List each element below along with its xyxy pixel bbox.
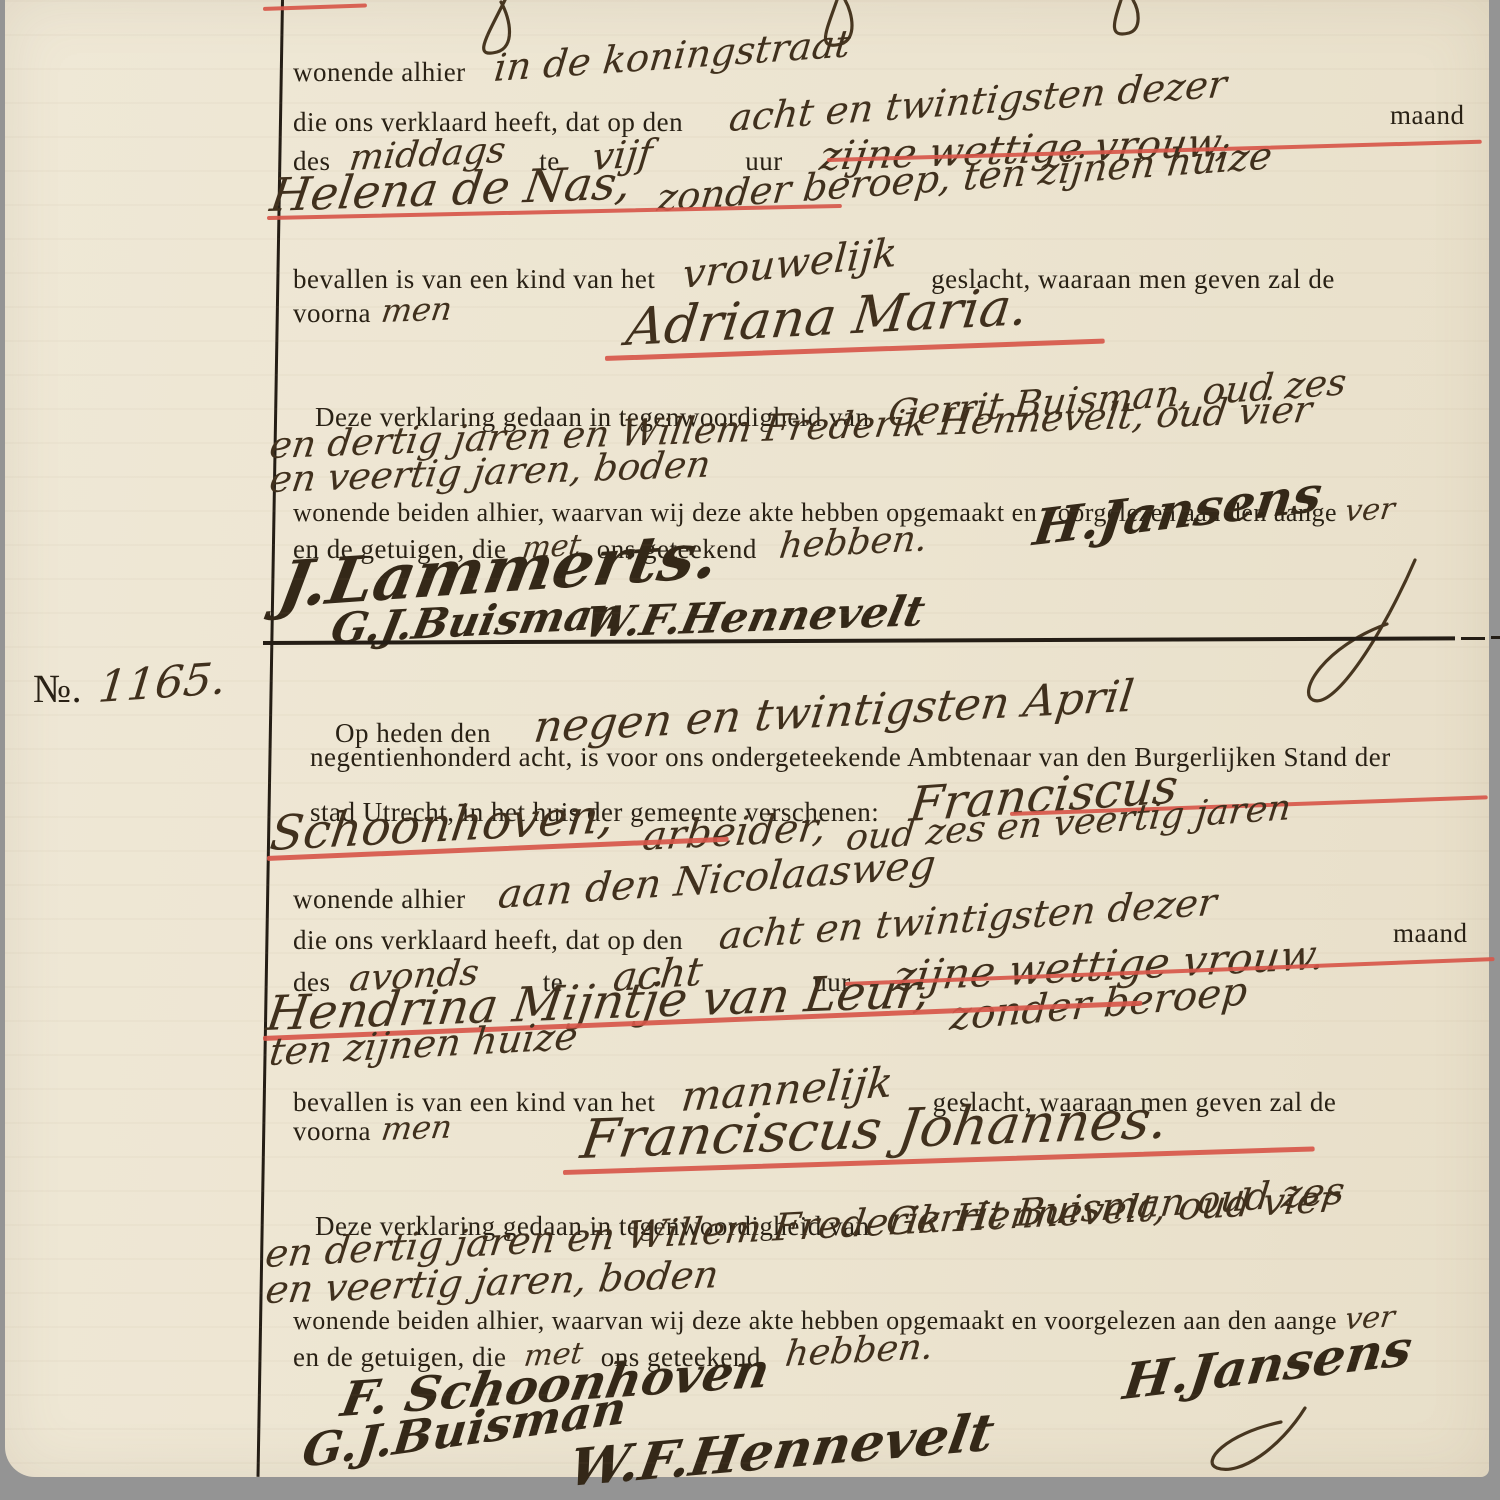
signature-flourish-2 xyxy=(1195,1408,1335,1478)
act-divider-dash-2 xyxy=(1491,636,1500,639)
printed-residence-label: wonende alhier xyxy=(293,57,466,88)
printed-maand-label: maand xyxy=(1390,100,1464,131)
voornamen-line-2: voorna men xyxy=(293,1110,449,1148)
handwritten-act-date: negen en twintigsten April xyxy=(531,671,1137,753)
printed-residence-label-2: wonende alhier xyxy=(293,884,466,915)
signature-witness2-2: W.F.Hennevelt xyxy=(565,1402,998,1499)
red-underline-fragment xyxy=(263,3,367,11)
printed-year-officer-line: negentienhonderd acht, is voor ons onder… xyxy=(310,742,1391,773)
handwritten-hebben: hebben. xyxy=(777,518,930,567)
handwritten-men-suffix: men xyxy=(379,290,455,330)
act-divider-dash-1 xyxy=(1461,637,1485,640)
printed-birth-label: bevallen is van een kind van het xyxy=(293,264,655,295)
printed-voorna-label-2: voorna xyxy=(293,1116,371,1147)
printed-maand-label-2: maand xyxy=(1393,918,1467,949)
handwritten-act-number: 1165. xyxy=(96,653,229,713)
printed-voorna-label: voorna xyxy=(293,298,371,329)
printed-no-label: №. xyxy=(33,665,82,712)
signature-registrar-1: H.Jansens xyxy=(1030,464,1325,557)
document-page: wonende alhier in de koningstraat die on… xyxy=(5,0,1489,1477)
scanned-register-page: { "document": { "kind": "Dutch civil reg… xyxy=(0,0,1500,1500)
printed-closing-1-2: wonende beiden alhier, waarvan wij deze … xyxy=(293,1306,1337,1336)
voornamen-line-1: voorna men xyxy=(293,292,449,330)
handwritten-hebben-2: hebben. xyxy=(783,1326,936,1375)
handwritten-witness-2-2: en dertig jaren en Willem Frederik Henne… xyxy=(263,1176,1341,1276)
handwritten-ver: ver xyxy=(1343,491,1397,529)
act-number: №. 1165. xyxy=(33,662,222,713)
handwritten-men-suffix-2: men xyxy=(379,1108,455,1148)
residence-line-1: wonende alhier in de koningstraat xyxy=(293,46,844,90)
